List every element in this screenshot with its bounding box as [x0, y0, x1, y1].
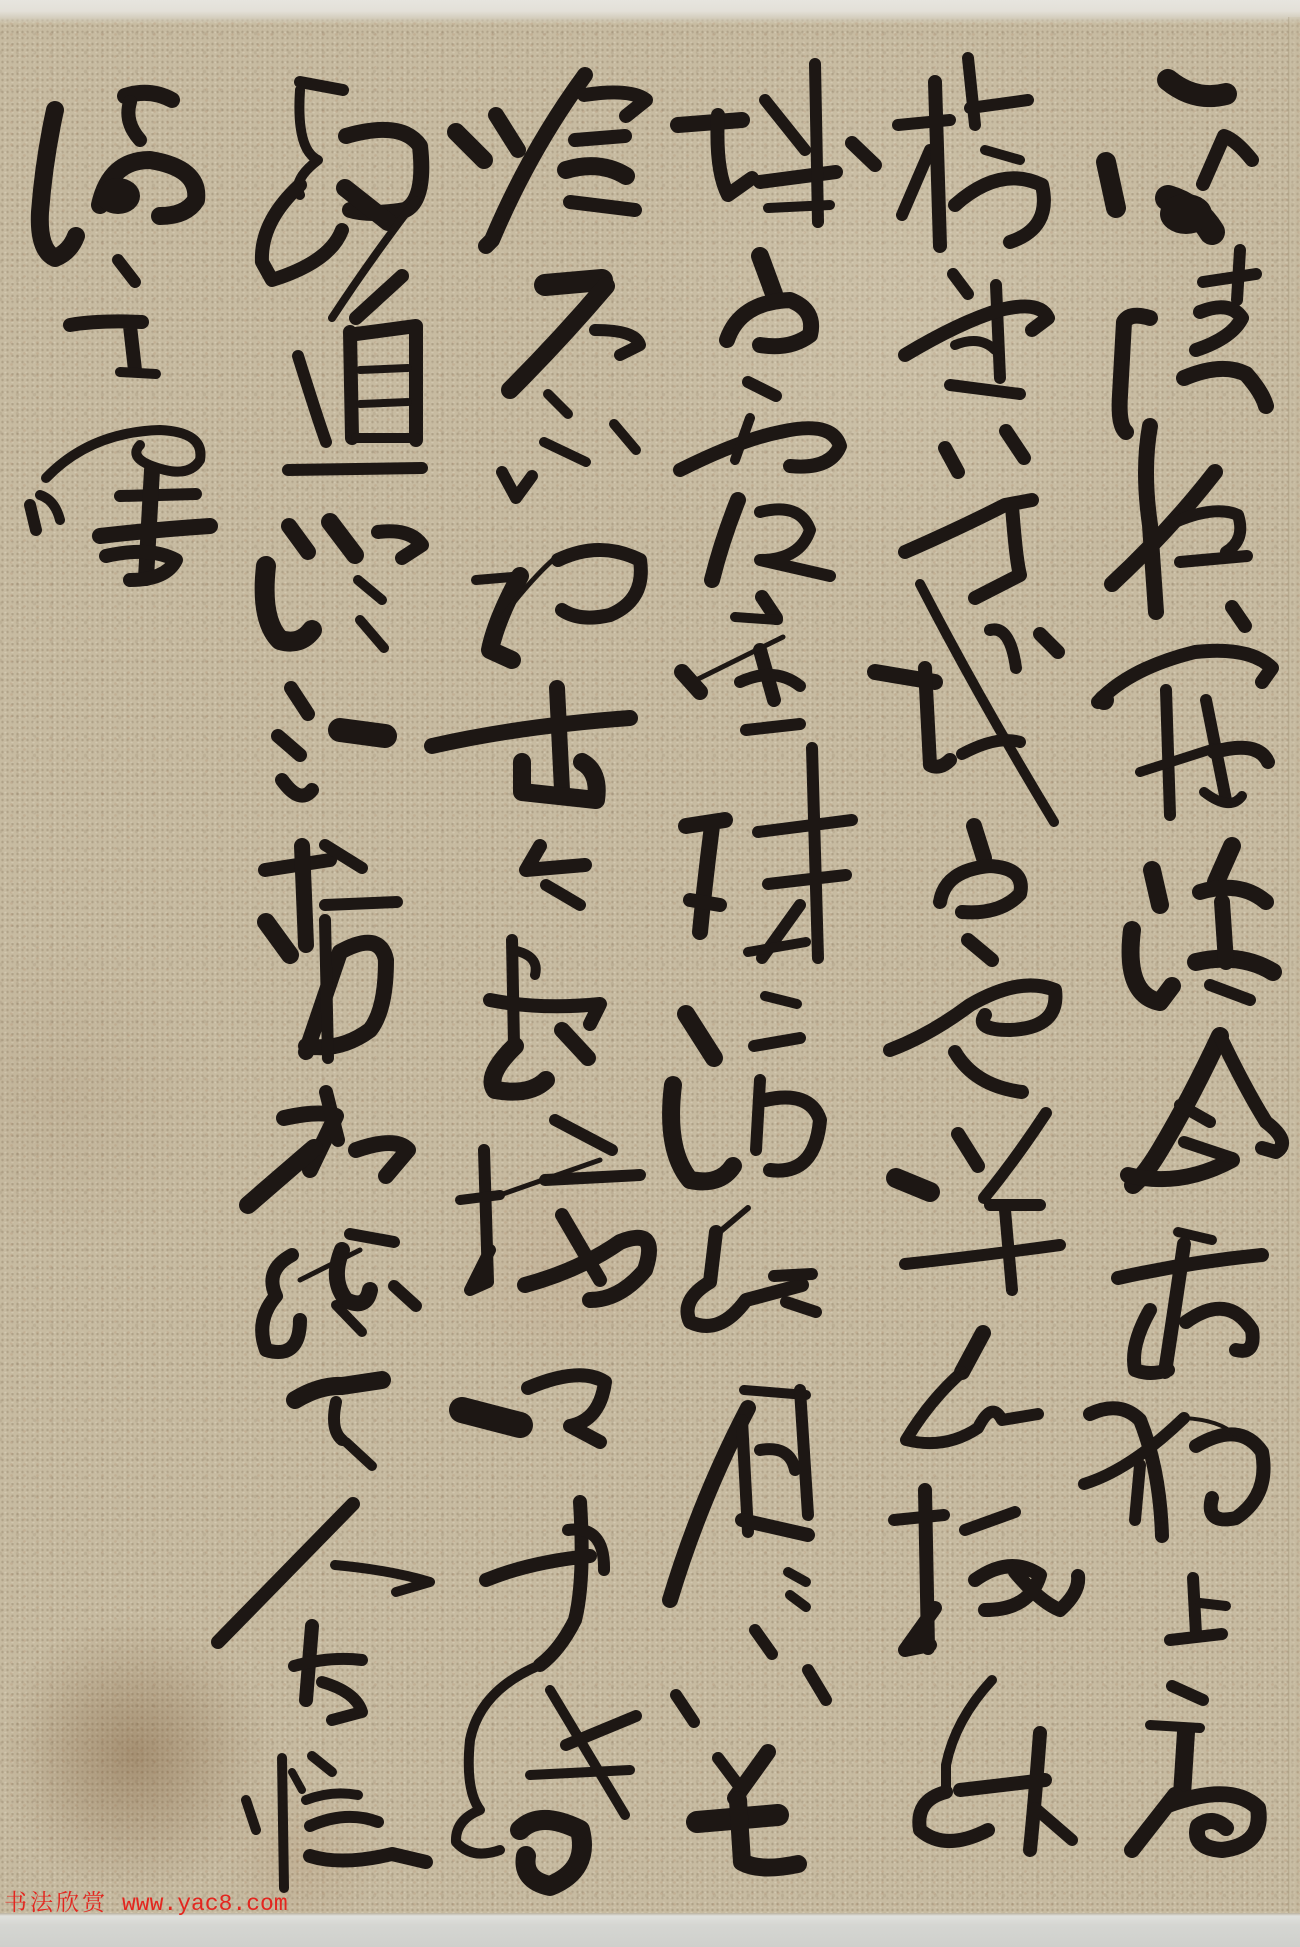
watermark: 书法欣赏www.yac8.com [4, 1889, 288, 1918]
watermark-url: www.yac8.com [122, 1891, 288, 1917]
calligraphy-character: 玄 [65, 252, 162, 385]
calligraphy-column-6: 谢 玄 晖 [0, 0, 1300, 1947]
calligraphy-character: 晖 [21, 424, 215, 585]
calligraphy-page: 金 陵 夜 寂 凉 风 发 独 上 高 楼 望 吴 越 白 云 映 水 摇 空 … [0, 0, 1300, 1947]
watermark-label: 书法欣赏 [4, 1890, 108, 1916]
calligraphy-character: 谢 [28, 84, 206, 274]
